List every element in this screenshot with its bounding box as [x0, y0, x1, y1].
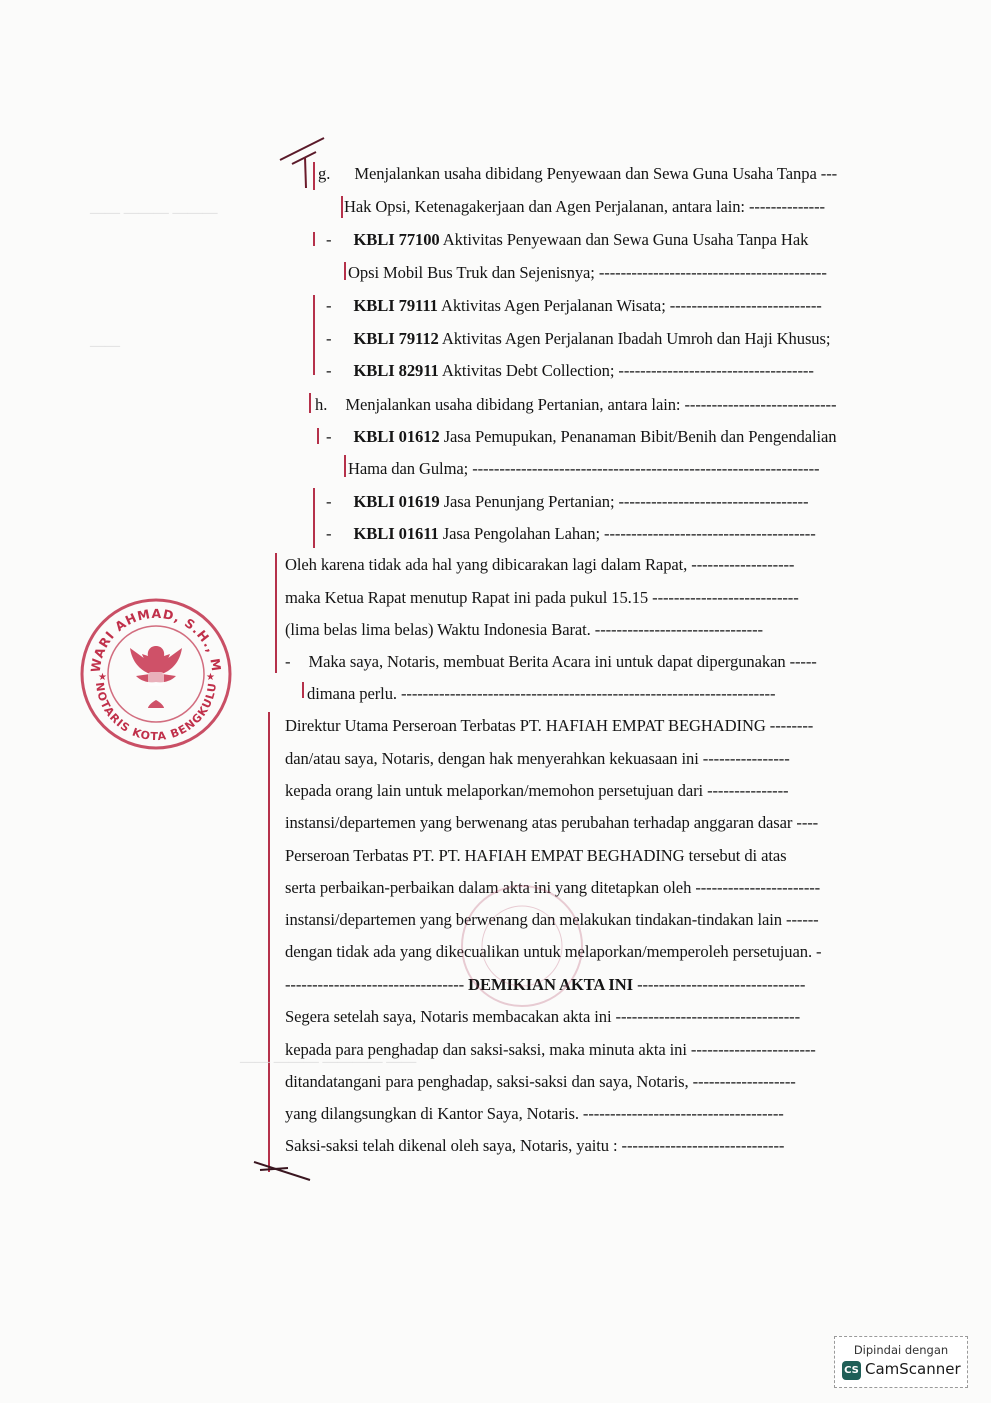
- paragraph-text: Maka saya, Notaris, membuat Berita Acara…: [308, 652, 816, 671]
- margin-mark: [313, 488, 315, 548]
- paragraph-text: dan/atau saya, Notaris, dengan hak menye…: [285, 749, 790, 768]
- kbli-description: Hama dan Gulma; ------------------------…: [348, 459, 819, 478]
- star-icon: ★: [98, 672, 107, 683]
- paragraph-text: Saksi-saksi telah dikenal oleh saya, Not…: [285, 1136, 784, 1155]
- paragraph-line: Direktur Utama Perseroan Terbatas PT. HA…: [285, 716, 813, 736]
- paragraph-text: Direktur Utama Perseroan Terbatas PT. HA…: [285, 716, 813, 735]
- closing-line: ditandatangani para penghadap, saksi-sak…: [285, 1072, 796, 1092]
- faint-stamp: [452, 876, 592, 1016]
- margin-mark: [313, 232, 315, 246]
- kbli-description: Opsi Mobil Bus Truk dan Sejenisnya; ----…: [348, 263, 827, 282]
- kbli-01612: - KBLI 01612 Jasa Pemupukan, Penanaman B…: [326, 427, 836, 447]
- kbli-code: KBLI 79111: [354, 296, 438, 315]
- paragraph-line: dimana perlu. --------------------------…: [307, 684, 775, 704]
- kbli-01612-continued: Hama dan Gulma; ------------------------…: [348, 459, 819, 479]
- kbli-82911: - KBLI 82911 Aktivitas Debt Collection; …: [326, 361, 814, 381]
- kbli-code: KBLI 01611: [354, 524, 439, 543]
- item-g: g. Menjalankan usaha dibidang Penyewaan …: [318, 164, 896, 184]
- kbli-description: Jasa Pemupukan, Penanaman Bibit/Benih da…: [440, 427, 837, 446]
- closing-line: Saksi-saksi telah dikenal oleh saya, Not…: [285, 1136, 784, 1156]
- paragraph-text: (lima belas lima belas) Waktu Indonesia …: [285, 620, 763, 639]
- kbli-description: Jasa Pengolahan Lahan; -----------------…: [439, 524, 816, 543]
- item-text: Menjalankan usaha dibidang Pertanian, an…: [345, 395, 836, 414]
- bullet-dash: -: [326, 492, 331, 511]
- paragraph-line: instansi/departemen yang berwenang atas …: [285, 813, 818, 833]
- paragraph-text: ditandatangani para penghadap, saksi-sak…: [285, 1072, 796, 1091]
- item-g-continued: Hak Opsi, Ketenagakerjaan dan Agen Perja…: [344, 197, 825, 217]
- closing-line: kepada para penghadap dan saksi-saksi, m…: [285, 1040, 816, 1060]
- dash-filler: -------------------------------: [637, 975, 805, 994]
- paragraph-text: kepada para penghadap dan saksi-saksi, m…: [285, 1040, 816, 1059]
- paragraph-text: instansi/departemen yang berwenang atas …: [285, 813, 818, 832]
- bullet-dash: -: [326, 361, 331, 380]
- kbli-01619: - KBLI 01619 Jasa Penunjang Pertanian; -…: [326, 492, 808, 512]
- kbli-description: Aktivitas Agen Perjalanan Wisata; ------…: [438, 296, 822, 315]
- garuda-emblem-icon: [130, 646, 182, 708]
- bullet-dash: -: [285, 652, 290, 671]
- paragraph-line: maka Ketua Rapat menutup Rapat ini pada …: [285, 588, 799, 608]
- kbli-code: KBLI 79112: [354, 329, 439, 348]
- paragraph-line: (lima belas lima belas) Waktu Indonesia …: [285, 620, 763, 640]
- kbli-77100-continued: Opsi Mobil Bus Truk dan Sejenisnya; ----…: [348, 263, 827, 283]
- kbli-code: KBLI 01612: [354, 427, 440, 446]
- kbli-description: Jasa Penunjang Pertanian; --------------…: [440, 492, 809, 511]
- bullet-dash: -: [326, 230, 331, 249]
- paragraph-line: dan/atau saya, Notaris, dengan hak menye…: [285, 749, 790, 769]
- margin-mark: [268, 712, 270, 1172]
- watermark-caption: Dipindai dengan: [835, 1343, 967, 1357]
- kbli-code: KBLI 01619: [354, 492, 440, 511]
- paragraph-text: dimana perlu. --------------------------…: [307, 684, 775, 703]
- item-marker: g.: [318, 164, 330, 183]
- kbli-code: KBLI 82911: [354, 361, 439, 380]
- star-icon: ★: [206, 672, 215, 683]
- kbli-01611: - KBLI 01611 Jasa Pengolahan Lahan; ----…: [326, 524, 816, 544]
- kbli-77100: - KBLI 77100 Aktivitas Penyewaan dan Sew…: [326, 230, 896, 250]
- margin-mark: [275, 553, 277, 673]
- margin-mark: [313, 295, 315, 375]
- paragraph-line: -Maka saya, Notaris, membuat Berita Acar…: [285, 652, 817, 672]
- camscanner-logo-icon: CS: [842, 1361, 861, 1380]
- bullet-dash: -: [326, 329, 331, 348]
- margin-mark: [302, 682, 304, 698]
- paragraph-line: Oleh karena tidak ada hal yang dibicarak…: [285, 555, 794, 575]
- bleed-through-text: —— ——— ———: [90, 205, 218, 222]
- item-h: h. Menjalankan usaha dibidang Pertanian,…: [315, 395, 836, 415]
- margin-mark: [341, 196, 343, 218]
- bleed-through-text: ——: [90, 338, 120, 355]
- kbli-code: KBLI 77100: [354, 230, 440, 249]
- margin-mark: [344, 455, 346, 477]
- margin-mark: [309, 393, 311, 413]
- camscanner-watermark: Dipindai dengan CS CamScanner: [834, 1336, 968, 1388]
- kbli-description: Aktivitas Agen Perjalanan Ibadah Umroh d…: [439, 329, 831, 348]
- paragraph-text: Oleh karena tidak ada hal yang dibicarak…: [285, 555, 794, 574]
- item-marker: h.: [315, 395, 327, 414]
- margin-mark: [317, 428, 319, 444]
- bullet-dash: -: [326, 524, 331, 543]
- kbli-79111: - KBLI 79111 Aktivitas Agen Perjalanan W…: [326, 296, 822, 316]
- kbli-description: Aktivitas Penyewaan dan Sewa Guna Usaha …: [440, 230, 809, 249]
- paragraph-line: Perseroan Terbatas PT. PT. HAFIAH EMPAT …: [285, 846, 787, 866]
- dash-filler: ---------------------------------: [285, 975, 464, 994]
- item-text: Hak Opsi, Ketenagakerjaan dan Agen Perja…: [344, 197, 825, 216]
- kbli-79112: - KBLI 79112 Aktivitas Agen Perjalanan I…: [326, 329, 830, 349]
- item-text: Menjalankan usaha dibidang Penyewaan dan…: [354, 164, 837, 183]
- paragraph-text: kepada orang lain untuk melaporkan/memoh…: [285, 781, 788, 800]
- notary-stamp: KUSWARI AHMAD, S.H., M.Kn. NOTARIS KOTA …: [78, 596, 234, 752]
- margin-mark: [344, 262, 346, 280]
- bullet-dash: -: [326, 296, 331, 315]
- kbli-description: Aktivitas Debt Collection; -------------…: [439, 361, 814, 380]
- paragraph-text: yang dilangsungkan di Kantor Saya, Notar…: [285, 1104, 784, 1123]
- paragraph-text: Perseroan Terbatas PT. PT. HAFIAH EMPAT …: [285, 846, 787, 865]
- paragraph-line: kepada orang lain untuk melaporkan/memoh…: [285, 781, 788, 801]
- paragraph-text: maka Ketua Rapat menutup Rapat ini pada …: [285, 588, 799, 607]
- watermark-brand: CamScanner: [865, 1360, 961, 1378]
- closing-strike-mark: [248, 1150, 318, 1190]
- bullet-dash: -: [326, 427, 331, 446]
- closing-line: yang dilangsungkan di Kantor Saya, Notar…: [285, 1104, 784, 1124]
